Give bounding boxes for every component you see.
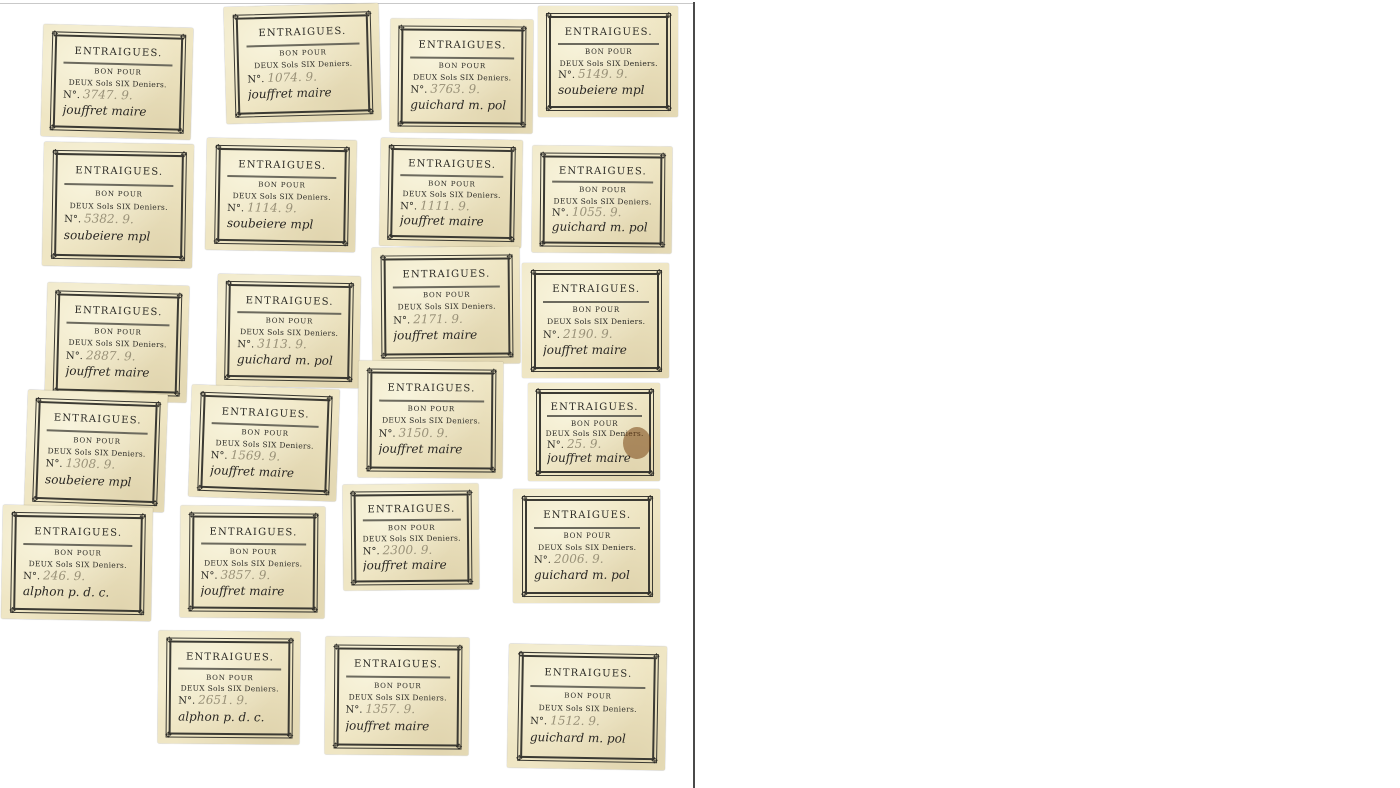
handwritten-number: 3150. 9. <box>398 425 448 439</box>
corner-ornament-icon: ✥ <box>346 376 353 383</box>
number-prefix: N°. <box>558 70 575 81</box>
card-heading: ENTRAIGUES. <box>536 284 657 295</box>
card-divider <box>247 42 359 47</box>
card-value-line1: BON POUR <box>403 62 521 71</box>
card-heading: ENTRAIGUES. <box>57 45 181 59</box>
card-number: N°.1111. 9. <box>400 198 470 213</box>
corner-ornament-icon: ✥ <box>138 609 145 616</box>
card-value-line1: BON POUR <box>386 291 508 300</box>
corner-ornament-icon: ✥ <box>176 292 183 299</box>
token-card: ✥ ✥ ✥ ✥ ENTRAIGUES. BON POUR DEUX Sols S… <box>24 390 168 513</box>
token-card: ✥ ✥ ✥ ✥ ENTRAIGUES. BON POUR DEUX Sols S… <box>324 636 469 755</box>
corner-ornament-icon: ✥ <box>660 152 667 159</box>
number-prefix: N°. <box>23 571 40 582</box>
card-heading: ENTRAIGUES. <box>40 412 155 427</box>
handwritten-signature: jouffret maire <box>363 557 464 572</box>
corner-ornament-icon: ✥ <box>535 470 542 477</box>
card-number: N°.3857. 9. <box>201 567 271 582</box>
handwritten-signature: guichard m. pol <box>237 352 343 368</box>
corner-ornament-icon: ✥ <box>166 637 173 644</box>
token-card: ✥ ✥ ✥ ✥ ENTRAIGUES. BON POUR DEUX Sols S… <box>538 6 678 117</box>
card-number: N°.25. 9. <box>547 437 601 451</box>
token-card: ✥ ✥ ✥ ✥ ENTRAIGUES. BON POUR DEUX Sols S… <box>1 505 153 622</box>
number-prefix: N°. <box>393 315 410 326</box>
number-prefix: N°. <box>345 705 362 716</box>
corner-ornament-icon: ✥ <box>11 511 18 518</box>
corner-ornament-icon: ✥ <box>213 238 220 245</box>
card-divider <box>362 519 460 522</box>
card-divider <box>543 301 649 303</box>
card-number: N°.5149. 9. <box>558 67 628 81</box>
corner-ornament-icon: ✥ <box>366 367 373 374</box>
corner-ornament-icon: ✥ <box>367 108 374 115</box>
token-card: ✥ ✥ ✥ ✥ ENTRAIGUES. BON POUR DEUX Sols S… <box>357 360 503 478</box>
handwritten-number: 1569. 9. <box>230 448 280 464</box>
card-heading: ENTRAIGUES. <box>172 652 289 664</box>
card-divider <box>228 175 337 179</box>
corner-ornament-icon: ✥ <box>656 366 663 373</box>
corner-ornament-icon: ✥ <box>651 757 658 764</box>
number-prefix: N°. <box>63 89 80 100</box>
card-value-line1: BON POUR <box>551 48 666 56</box>
scan-right-edge <box>693 2 695 788</box>
token-card: ✥ ✥ ✥ ✥ ENTRAIGUES. BON POUR DEUX Sols S… <box>41 24 194 140</box>
handwritten-signature: jouffret maire <box>400 213 505 229</box>
card-divider <box>411 56 514 59</box>
card-border: ✥ ✥ ✥ ✥ ENTRAIGUES. BON POUR DEUX Sols S… <box>543 155 663 245</box>
corner-ornament-icon: ✥ <box>517 651 524 658</box>
corner-ornament-icon: ✥ <box>311 607 318 614</box>
number-prefix: N°. <box>45 458 62 470</box>
token-card: ✥ ✥ ✥ ✥ ENTRAIGUES. BON POUR DEUX Sols S… <box>371 246 520 364</box>
corner-ornament-icon: ✥ <box>342 240 349 247</box>
corner-ornament-icon: ✥ <box>665 105 672 112</box>
corner-ornament-icon: ✥ <box>188 512 195 519</box>
corner-ornament-icon: ✥ <box>397 120 404 127</box>
card-heading: ENTRAIGUES. <box>523 667 654 680</box>
card-divider <box>212 422 319 428</box>
number-prefix: N°. <box>379 428 396 439</box>
handwritten-signature: jouffret maire <box>248 85 363 102</box>
number-prefix: N°. <box>210 450 227 462</box>
corner-ornament-icon: ✥ <box>235 111 242 118</box>
card-value-line1: BON POUR <box>356 524 468 533</box>
corner-ornament-icon: ✥ <box>379 254 386 261</box>
card-value-line1: BON POUR <box>527 532 648 540</box>
token-card: ✥ ✥ ✥ ✥ ENTRAIGUES. BON POUR DEUX Sols S… <box>216 274 361 388</box>
corner-ornament-icon: ✥ <box>647 495 654 502</box>
card-value-line2: DEUX Sols SIX Deniers. <box>381 302 513 312</box>
card-heading: ENTRAIGUES. <box>57 165 181 178</box>
card-heading: ENTRAIGUES. <box>205 406 327 421</box>
card-divider <box>552 181 653 184</box>
corner-ornament-icon: ✥ <box>545 105 552 112</box>
card-heading: ENTRAIGUES. <box>404 40 522 52</box>
handwritten-number: 2887. 9. <box>86 348 136 363</box>
number-prefix: N°. <box>64 214 81 225</box>
card-border: ✥ ✥ ✥ ✥ ENTRAIGUES. BON POUR DEUX Sols S… <box>353 493 469 582</box>
handwritten-number: 5149. 9. <box>578 67 628 81</box>
corner-ornament-icon: ✥ <box>508 236 515 243</box>
card-number: N°.2887. 9. <box>66 347 136 363</box>
card-divider <box>393 285 500 288</box>
handwritten-number: 2300. 9. <box>383 542 433 556</box>
handwritten-number: 1357. 9. <box>365 702 415 716</box>
card-divider <box>531 685 646 689</box>
number-prefix: N°. <box>247 74 264 85</box>
card-border: ✥ ✥ ✥ ✥ ENTRAIGUES. BON POUR DEUX Sols S… <box>549 16 668 108</box>
corner-ornament-icon: ✥ <box>398 25 405 32</box>
handwritten-signature: soubeiere mpl <box>64 228 175 244</box>
number-prefix: N°. <box>66 350 83 361</box>
handwritten-signature: guichard m. pol <box>534 568 643 582</box>
corner-ornament-icon: ✥ <box>648 388 655 395</box>
number-prefix: N°. <box>410 85 427 96</box>
card-number: N°.2171. 9. <box>393 312 463 327</box>
card-number: N°.2651. 9. <box>178 693 248 708</box>
corner-ornament-icon: ✥ <box>174 390 181 397</box>
corner-ornament-icon: ✥ <box>466 489 473 496</box>
card-number: N°.1114. 9. <box>227 200 297 215</box>
corner-ornament-icon: ✥ <box>287 638 294 645</box>
handwritten-number: 246. 9. <box>43 568 85 583</box>
handwritten-signature: guichard m. pol <box>410 98 516 113</box>
card-border: ✥ ✥ ✥ ✥ ENTRAIGUES. BON POUR DEUX Sols S… <box>200 395 329 492</box>
card-value-line1: BON POUR <box>536 306 657 314</box>
scanned-sheet: ✥ ✥ ✥ ✥ ENTRAIGUES. BON POUR DEUX Sols S… <box>0 0 695 788</box>
handwritten-number: 5382. 9. <box>84 211 134 226</box>
corner-ornament-icon: ✥ <box>52 149 59 156</box>
corner-ornament-icon: ✥ <box>333 643 340 650</box>
corner-ornament-icon: ✥ <box>467 578 474 585</box>
handwritten-number: 2190. 9. <box>563 327 613 341</box>
card-number: N°.3150. 9. <box>379 425 449 440</box>
card-value-line1: BON POUR <box>60 327 177 338</box>
corner-ornament-icon: ✥ <box>224 374 231 381</box>
corner-ornament-icon: ✥ <box>516 755 523 762</box>
card-border: ✥ ✥ ✥ ✥ ENTRAIGUES. BON POUR DEUX Sols S… <box>391 148 513 240</box>
card-heading: ENTRAIGUES. <box>231 295 349 308</box>
card-number: N°.3113. 9. <box>237 336 307 351</box>
handwritten-signature: alphon p. d. c. <box>178 709 283 724</box>
card-value-line2: DEUX Sols SIX Deniers. <box>522 543 653 552</box>
card-value-line1: BON POUR <box>171 673 288 682</box>
handwritten-number: 2171. 9. <box>413 312 463 326</box>
card-divider <box>67 321 170 326</box>
card-border: ✥ ✥ ✥ ✥ ENTRAIGUES. BON POUR DEUX Sols S… <box>56 293 179 393</box>
card-divider <box>558 43 659 45</box>
card-heading: ENTRAIGUES. <box>339 658 457 670</box>
card-heading: ENTRAIGUES. <box>527 510 648 521</box>
token-card: ✥ ✥ ✥ ✥ ENTRAIGUES. BON POUR DEUX Sols S… <box>507 644 667 771</box>
card-border: ✥ ✥ ✥ ✥ ENTRAIGUES. BON POUR DEUX Sols S… <box>217 148 346 243</box>
card-border: ✥ ✥ ✥ ✥ ENTRAIGUES. BON POUR DEUX Sols S… <box>54 153 183 258</box>
card-value-line1: BON POUR <box>39 435 154 447</box>
corner-ornament-icon: ✥ <box>648 470 655 477</box>
handwritten-signature: jouffret maire <box>62 102 173 119</box>
card-divider <box>24 543 133 547</box>
corner-ornament-icon: ✥ <box>323 489 330 496</box>
handwritten-signature: jouffret maire <box>393 328 503 343</box>
corner-ornament-icon: ✥ <box>521 591 528 598</box>
number-prefix: N°. <box>363 546 380 557</box>
corner-ornament-icon: ✥ <box>179 255 186 262</box>
handwritten-number: 3113. 9. <box>257 336 307 351</box>
corner-ornament-icon: ✥ <box>343 146 350 153</box>
card-heading: ENTRAIGUES. <box>194 526 313 538</box>
card-border: ✥ ✥ ✥ ✥ ENTRAIGUES. BON POUR DEUX Sols S… <box>525 499 650 594</box>
corner-ornament-icon: ✥ <box>35 396 42 403</box>
token-card: ✥ ✥ ✥ ✥ ENTRAIGUES. BON POUR DEUX Sols S… <box>528 383 660 481</box>
token-card: ✥ ✥ ✥ ✥ ENTRAIGUES. BON POUR DEUX Sols S… <box>532 145 673 253</box>
corner-ornament-icon: ✥ <box>31 495 38 502</box>
handwritten-signature: soubeiere mpl <box>45 472 149 490</box>
card-divider <box>346 675 450 678</box>
card-heading: ENTRAIGUES. <box>220 159 344 172</box>
corner-ornament-icon: ✥ <box>365 465 372 472</box>
card-value-line1: BON POUR <box>523 691 653 701</box>
card-border: ✥ ✥ ✥ ✥ ENTRAIGUES. BON POUR DEUX Sols S… <box>236 14 370 115</box>
card-border: ✥ ✥ ✥ ✥ ENTRAIGUES. BON POUR DEUX Sols S… <box>520 655 656 760</box>
card-number: N°.1357. 9. <box>345 702 415 717</box>
corner-ornament-icon: ✥ <box>530 269 537 276</box>
token-card: ✥ ✥ ✥ ✥ ENTRAIGUES. BON POUR DEUX Sols S… <box>513 489 660 603</box>
corner-ornament-icon: ✥ <box>155 401 162 408</box>
corner-ornament-icon: ✥ <box>177 128 184 135</box>
corner-ornament-icon: ✥ <box>350 579 357 586</box>
corner-ornament-icon: ✥ <box>312 513 319 520</box>
number-prefix: N°. <box>543 330 560 341</box>
card-heading: ENTRAIGUES. <box>394 158 511 171</box>
card-number: N°.1074. 9. <box>247 69 317 85</box>
corner-ornament-icon: ✥ <box>151 500 158 507</box>
handwritten-signature: jouffret maire <box>543 343 652 357</box>
card-heading: ENTRAIGUES. <box>545 166 660 178</box>
card-divider <box>65 183 174 187</box>
card-value-line1: BON POUR <box>16 548 140 558</box>
handwritten-signature: alphon p. d. c. <box>23 584 134 600</box>
corner-ornament-icon: ✥ <box>139 513 146 520</box>
corner-ornament-icon: ✥ <box>520 121 527 128</box>
corner-ornament-icon: ✥ <box>388 144 395 151</box>
corner-ornament-icon: ✥ <box>520 26 527 33</box>
token-card: ✥ ✥ ✥ ✥ ENTRAIGUES. BON POUR DEUX Sols S… <box>44 282 189 403</box>
corner-ornament-icon: ✥ <box>187 605 194 612</box>
token-card: ✥ ✥ ✥ ✥ ENTRAIGUES. BON POUR DEUX Sols S… <box>188 384 340 501</box>
handwritten-signature: jouffret maire <box>200 583 307 598</box>
corner-ornament-icon: ✥ <box>653 653 660 660</box>
card-number: N°.246. 9. <box>23 568 85 583</box>
number-prefix: N°. <box>237 339 254 350</box>
corner-ornament-icon: ✥ <box>365 10 372 17</box>
corner-ornament-icon: ✥ <box>665 12 672 19</box>
handwritten-signature: guichard m. pol <box>530 730 648 746</box>
corner-ornament-icon: ✥ <box>490 368 497 375</box>
corner-ornament-icon: ✥ <box>380 352 387 359</box>
token-card: ✥ ✥ ✥ ✥ ENTRAIGUES. BON POUR DEUX Sols S… <box>379 138 523 248</box>
corner-ornament-icon: ✥ <box>659 242 666 249</box>
corner-ornament-icon: ✥ <box>50 253 57 260</box>
corner-ornament-icon: ✥ <box>539 241 546 248</box>
card-border: ✥ ✥ ✥ ✥ ENTRAIGUES. BON POUR DEUX Sols S… <box>228 284 351 379</box>
corner-ornament-icon: ✥ <box>535 388 542 395</box>
card-border: ✥ ✥ ✥ ✥ ENTRAIGUES. BON POUR DEUX Sols S… <box>534 273 659 368</box>
card-number: N°.2006. 9. <box>534 552 604 566</box>
handwritten-signature: jouffret maire <box>378 442 485 457</box>
corner-ornament-icon: ✥ <box>540 151 547 158</box>
corner-ornament-icon: ✥ <box>215 144 222 151</box>
token-card: ✥ ✥ ✥ ✥ ENTRAIGUES. BON POUR DEUX Sols S… <box>158 630 301 744</box>
corner-ornament-icon: ✥ <box>332 742 339 749</box>
token-card: ✥ ✥ ✥ ✥ ENTRAIGUES. BON POUR DEUX Sols S… <box>180 505 326 618</box>
corner-ornament-icon: ✥ <box>530 366 537 373</box>
card-border: ✥ ✥ ✥ ✥ ENTRAIGUES. BON POUR DEUX Sols S… <box>53 34 183 130</box>
handwritten-number: 3857. 9. <box>220 568 270 582</box>
card-value-line1: BON POUR <box>56 67 180 78</box>
handwritten-number: 2651. 9. <box>198 693 248 707</box>
card-value-line1: BON POUR <box>339 681 457 690</box>
card-heading: ENTRAIGUES. <box>372 382 491 394</box>
card-heading: ENTRAIGUES. <box>60 304 177 318</box>
corner-ornament-icon: ✥ <box>507 351 514 358</box>
card-border: ✥ ✥ ✥ ✥ ENTRAIGUES. BON POUR DEUX Sols S… <box>401 29 523 125</box>
handwritten-number: 1055. 9. <box>572 205 622 219</box>
card-number: N°.1308. 9. <box>45 455 115 471</box>
handwritten-number: 2006. 9. <box>554 552 604 566</box>
card-number: N°.1569. 9. <box>210 447 280 463</box>
handwritten-number: 1111. 9. <box>420 198 470 213</box>
handwritten-signature: guichard m. pol <box>552 220 656 235</box>
corner-ornament-icon: ✥ <box>225 280 232 287</box>
handwritten-signature: jouffret maire <box>345 719 452 734</box>
corner-ornament-icon: ✥ <box>456 644 463 651</box>
corner-ornament-icon: ✥ <box>199 391 206 398</box>
token-card: ✥ ✥ ✥ ✥ ENTRAIGUES. BON POUR DEUX Sols S… <box>223 3 381 124</box>
card-border: ✥ ✥ ✥ ✥ ENTRAIGUES. BON POUR DEUX Sols S… <box>336 647 459 746</box>
card-value-line1: BON POUR <box>372 405 491 414</box>
number-prefix: N°. <box>547 440 564 451</box>
card-divider <box>379 399 484 402</box>
handwritten-number: 25. 9. <box>567 437 601 451</box>
card-border: ✥ ✥ ✥ ✥ ENTRAIGUES. BON POUR DEUX Sols S… <box>169 641 291 736</box>
card-divider <box>534 527 640 529</box>
card-border: ✥ ✥ ✥ ✥ ENTRAIGUES. BON POUR DEUX Sols S… <box>35 401 157 503</box>
handwritten-signature: jouffret maire <box>210 463 320 481</box>
card-divider <box>201 543 306 546</box>
card-value-line2: DEUX Sols SIX Deniers. <box>531 317 662 326</box>
corner-ornament-icon: ✥ <box>521 495 528 502</box>
corner-ornament-icon: ✥ <box>545 12 552 19</box>
card-value-line1: BON POUR <box>231 316 349 326</box>
corner-ornament-icon: ✥ <box>180 151 187 158</box>
card-border: ✥ ✥ ✥ ✥ ENTRAIGUES. BON POUR DEUX Sols S… <box>383 257 510 355</box>
corner-ornament-icon: ✥ <box>387 234 394 241</box>
card-divider <box>547 415 642 417</box>
handwritten-signature: jouffret maire <box>65 364 170 381</box>
corner-ornament-icon: ✥ <box>9 607 16 614</box>
corner-ornament-icon: ✥ <box>287 732 294 739</box>
card-heading: ENTRAIGUES. <box>238 25 366 39</box>
card-heading: ENTRAIGUES. <box>356 503 468 515</box>
card-heading: ENTRAIGUES. <box>16 526 140 539</box>
corner-ornament-icon: ✥ <box>196 485 203 492</box>
handwritten-number: 1114. 9. <box>247 200 297 215</box>
number-prefix: N°. <box>530 716 547 727</box>
corner-ornament-icon: ✥ <box>489 466 496 473</box>
corner-ornament-icon: ✥ <box>647 591 654 598</box>
corner-ornament-icon: ✥ <box>165 731 172 738</box>
card-border: ✥ ✥ ✥ ✥ ENTRAIGUES. BON POUR DEUX Sols S… <box>191 516 315 610</box>
corner-ornament-icon: ✥ <box>326 395 333 402</box>
card-divider <box>64 62 173 67</box>
corner-ornament-icon: ✥ <box>51 30 58 37</box>
card-number: N°.2190. 9. <box>543 327 613 341</box>
card-number: N°.1055. 9. <box>552 205 622 220</box>
corner-ornament-icon: ✥ <box>55 289 62 296</box>
token-card: ✥ ✥ ✥ ✥ ENTRAIGUES. BON POUR DEUX Sols S… <box>42 142 194 269</box>
number-prefix: N°. <box>534 555 551 566</box>
card-border: ✥ ✥ ✥ ✥ ENTRAIGUES. BON POUR DEUX Sols S… <box>369 371 493 469</box>
card-heading: ENTRAIGUES. <box>551 27 666 38</box>
number-prefix: N°. <box>552 208 569 219</box>
card-number: N°.2300. 9. <box>363 542 433 557</box>
card-number: N°.3763. 9. <box>410 82 480 97</box>
handwritten-signature: soubeiere mpl <box>558 83 662 97</box>
corner-ornament-icon: ✥ <box>506 253 513 260</box>
number-prefix: N°. <box>400 201 417 212</box>
handwritten-number: 3763. 9. <box>430 82 480 96</box>
card-value-line1: BON POUR <box>545 186 660 195</box>
card-value-line1: BON POUR <box>194 548 313 557</box>
card-heading: ENTRAIGUES. <box>541 402 649 413</box>
number-prefix: N°. <box>227 203 244 214</box>
token-card: ✥ ✥ ✥ ✥ ENTRAIGUES. BON POUR DEUX Sols S… <box>343 483 480 590</box>
card-divider <box>179 668 282 671</box>
token-card: ✥ ✥ ✥ ✥ ENTRAIGUES. BON POUR DEUX Sols S… <box>390 18 534 133</box>
corner-ornament-icon: ✥ <box>455 743 462 750</box>
handwritten-number: 1074. 9. <box>267 69 317 84</box>
token-card: ✥ ✥ ✥ ✥ ENTRAIGUES. BON POUR DEUX Sols S… <box>205 138 357 253</box>
card-border: ✥ ✥ ✥ ✥ ENTRAIGUES. BON POUR DEUX Sols S… <box>13 515 142 612</box>
handwritten-number: 1512. 9. <box>550 713 600 728</box>
card-value-line1: BON POUR <box>220 180 344 190</box>
corner-ornament-icon: ✥ <box>656 269 663 276</box>
card-value-line1: BON POUR <box>239 47 367 58</box>
token-card: ✥ ✥ ✥ ✥ ENTRAIGUES. BON POUR DEUX Sols S… <box>522 263 669 378</box>
card-number: N°.3747. 9. <box>63 86 133 102</box>
card-divider <box>238 311 341 315</box>
card-number: N°.5382. 9. <box>64 211 134 226</box>
handwritten-signature: soubeiere mpl <box>227 216 338 232</box>
corner-ornament-icon: ✥ <box>348 282 355 289</box>
card-value-line1: BON POUR <box>57 189 181 199</box>
card-value-line2: DEUX Sols SIX Deniers. <box>547 59 671 68</box>
corner-ornament-icon: ✥ <box>349 490 356 497</box>
handwritten-number: 1308. 9. <box>65 456 115 472</box>
card-value-line1: BON POUR <box>393 179 510 189</box>
ink-stain <box>623 427 651 459</box>
card-number: N°.1512. 9. <box>530 713 600 728</box>
card-divider <box>47 429 148 435</box>
card-divider <box>401 174 504 178</box>
number-prefix: N°. <box>178 696 195 707</box>
corner-ornament-icon: ✥ <box>180 34 187 41</box>
corner-ornament-icon: ✥ <box>232 13 239 20</box>
number-prefix: N°. <box>201 570 218 581</box>
corner-ornament-icon: ✥ <box>510 146 517 153</box>
card-heading: ENTRAIGUES. <box>386 268 508 280</box>
handwritten-number: 3747. 9. <box>83 87 133 102</box>
